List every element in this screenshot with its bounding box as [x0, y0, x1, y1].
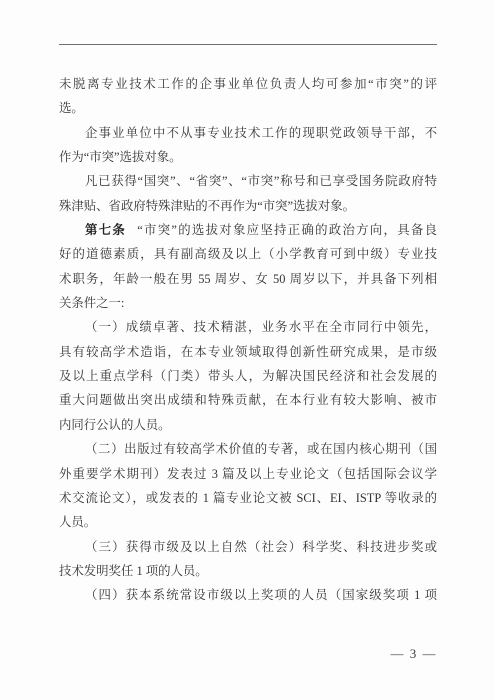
document-page: 未脱离专业技术工作的企事业单位负责人均可参加“市突”的评选。企事业单位中不从事专… — [0, 0, 495, 700]
body-line: 企事业单位中不从事专业技术工作的现职党政领导干部，不 — [59, 121, 437, 145]
body-line: （四）获本系统常设市级以上奖项的人员（国家级奖项 1 项 — [59, 583, 437, 607]
body-line: 术交流论文），或发表的 1 篇专业论文被 SCI、EI、ISTP 等收录的 — [59, 486, 437, 510]
body-line: 及以上重点学科（门类）带头人，为解决国民经济和社会发展的 — [59, 364, 437, 388]
body-line: 凡已获得“国突”、“省突”、“市突”称号和已享受国务院政府特 — [59, 169, 437, 193]
body-line: 重大问题做出突出成绩和特殊贡献，在本行业有较大影响、被市 — [59, 388, 437, 412]
header-rule — [59, 44, 437, 45]
body-line: 殊津贴、省政府特殊津贴的不再作为“市突”选拔对象。 — [59, 194, 437, 218]
body-line: （一）成绩卓著、技术精湛，业务水平在全市同行中领先， — [59, 315, 437, 339]
body-line: （三）获得市级及以上自然（社会）科学奖、科技进步奖或 — [59, 535, 437, 559]
body-line: （二）出版过有较高学术价值的专著，或在国内核心期刊（国 — [59, 437, 437, 461]
body-line: 作为“市突”选拔对象。 — [59, 145, 437, 169]
page-number: — 3 — — [391, 646, 438, 662]
article-number: 第七条 — [85, 223, 126, 237]
body-line: 技术发明奖任 1 项的人员。 — [59, 559, 437, 583]
body-line: 选。 — [59, 96, 437, 120]
body-line: 术职务，年龄一般在男 55 周岁、女 50 周岁以下，并具备下列相 — [59, 267, 437, 291]
body-line: 未脱离专业技术工作的企事业单位负责人均可参加“市突”的评 — [59, 72, 437, 96]
body-line: 关条件之一: — [59, 291, 437, 315]
body-line: 内同行公认的人员。 — [59, 413, 437, 437]
body-line: 外重要学术期刊）发表过 3 篇及以上专业论文（包括国际会议学 — [59, 462, 437, 486]
body-line: 第七条“市突”的选拔对象应坚持正确的政治方向，具备良 — [59, 218, 437, 242]
body-line: 人员。 — [59, 510, 437, 534]
body-line: 好的道德素质，具有副高级及以上（小学教育可到中级）专业技 — [59, 242, 437, 266]
body-line: 具有较高学术造诣，在本专业领域取得创新性研究成果，是市级 — [59, 340, 437, 364]
text-block: 未脱离专业技术工作的企事业单位负责人均可参加“市突”的评选。企事业单位中不从事专… — [59, 72, 437, 608]
line-text: “市突”的选拔对象应坚持正确的政治方向，具备良 — [137, 223, 437, 237]
